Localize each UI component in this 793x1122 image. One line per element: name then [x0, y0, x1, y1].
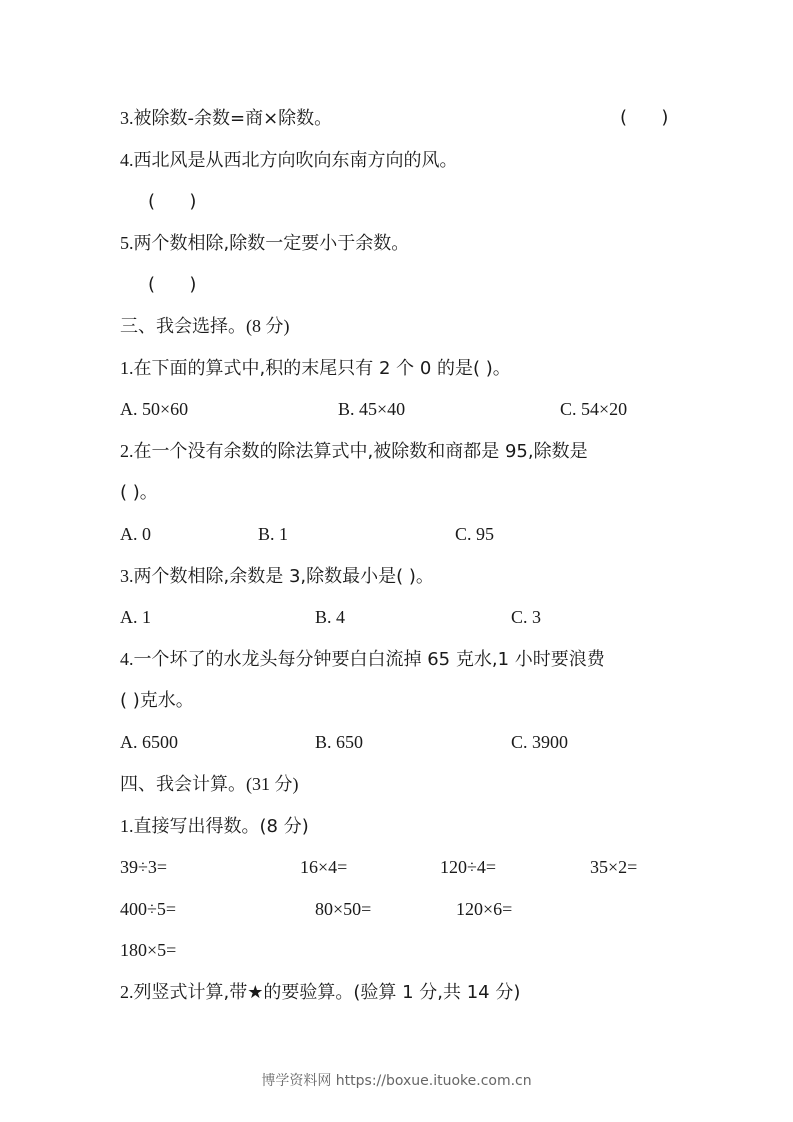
option-a[interactable]: A. 1 [120, 605, 151, 629]
answer-blank[interactable]: ( ) [620, 106, 668, 130]
option-a[interactable]: A. 0 [120, 522, 151, 546]
calc-problem: 39÷3= [120, 855, 167, 879]
answer-blank[interactable]: ( ) [148, 190, 196, 214]
choice-question-2: 2.在一个没有余数的除法算式中,被除数和商都是 95,除数是 [120, 439, 588, 464]
question-number: 4. [120, 649, 134, 669]
choice-question-1: 1.在下面的算式中,积的末尾只有 2 个 0 的是( )。 [120, 356, 511, 381]
option-a[interactable]: A. 6500 [120, 730, 178, 754]
choice-question-3: 3.两个数相除,余数是 3,除数最小是( )。 [120, 564, 434, 589]
item-number: 5. [120, 233, 134, 253]
footer-watermark: 博学资料网 https://boxue.ituoke.com.cn [0, 1070, 793, 1090]
option-c[interactable]: C. 3900 [511, 730, 568, 754]
question-number: 2. [120, 441, 134, 461]
section-title: 四、我会计算。 [120, 774, 246, 795]
question-number: 3. [120, 566, 134, 586]
item-number: 4. [120, 150, 134, 170]
question-text: 在一个没有余数的除法算式中,被除数和商都是 95,除数是 [134, 441, 588, 462]
judge-item-3: 3.被除数-余数=商×除数。 [120, 106, 332, 131]
option-c[interactable]: C. 95 [455, 522, 494, 546]
question-text-continued: ( )克水。 [120, 689, 194, 713]
sub-number: 2. [120, 982, 134, 1002]
question-text: 一个坏了的水龙头每分钟要白白流掉 65 克水,1 小时要浪费 [134, 649, 605, 670]
option-b[interactable]: B. 45×40 [338, 397, 405, 421]
sub-text: 直接写出得数。(8 分) [134, 816, 309, 837]
calc-problem: 120×6= [456, 897, 512, 921]
option-a[interactable]: A. 50×60 [120, 397, 188, 421]
calc-problem: 80×50= [315, 897, 371, 921]
option-b[interactable]: B. 4 [315, 605, 345, 629]
sub-text: 列竖式计算,带★的要验算。(验算 1 分,共 14 分) [134, 982, 521, 1003]
question-text: 在下面的算式中,积的末尾只有 2 个 0 的是( )。 [134, 358, 511, 379]
question-number: 1. [120, 358, 134, 378]
item-number: 3. [120, 108, 134, 128]
section-score: (8 分) [246, 316, 290, 336]
calc-problem: 180×5= [120, 938, 176, 962]
calc-sub-1: 1.直接写出得数。(8 分) [120, 814, 309, 839]
calc-problem: 400÷5= [120, 897, 176, 921]
section-title-choice: 三、我会选择。(8 分) [120, 314, 290, 339]
option-c[interactable]: C. 3 [511, 605, 541, 629]
judge-item-5: 5.两个数相除,除数一定要小于余数。 [120, 231, 409, 256]
item-text: 两个数相除,除数一定要小于余数。 [134, 233, 410, 254]
section-title: 三、我会选择。 [120, 316, 246, 337]
question-text-continued: ( )。 [120, 481, 158, 505]
answer-blank[interactable]: ( ) [148, 273, 196, 297]
option-b[interactable]: B. 650 [315, 730, 363, 754]
question-text: 两个数相除,余数是 3,除数最小是( )。 [134, 566, 434, 587]
calc-problem: 16×4= [300, 855, 347, 879]
section-score: (31 分) [246, 774, 299, 794]
section-title-calc: 四、我会计算。(31 分) [120, 772, 299, 797]
judge-item-4: 4.西北风是从西北方向吹向东南方向的风。 [120, 148, 458, 173]
option-c[interactable]: C. 54×20 [560, 397, 627, 421]
item-text: 被除数-余数=商×除数。 [134, 108, 333, 129]
choice-question-4: 4.一个坏了的水龙头每分钟要白白流掉 65 克水,1 小时要浪费 [120, 647, 605, 672]
calc-sub-2: 2.列竖式计算,带★的要验算。(验算 1 分,共 14 分) [120, 980, 520, 1005]
item-text: 西北风是从西北方向吹向东南方向的风。 [134, 150, 458, 171]
sub-number: 1. [120, 816, 134, 836]
option-b[interactable]: B. 1 [258, 522, 288, 546]
calc-problem: 120÷4= [440, 855, 496, 879]
calc-problem: 35×2= [590, 855, 637, 879]
